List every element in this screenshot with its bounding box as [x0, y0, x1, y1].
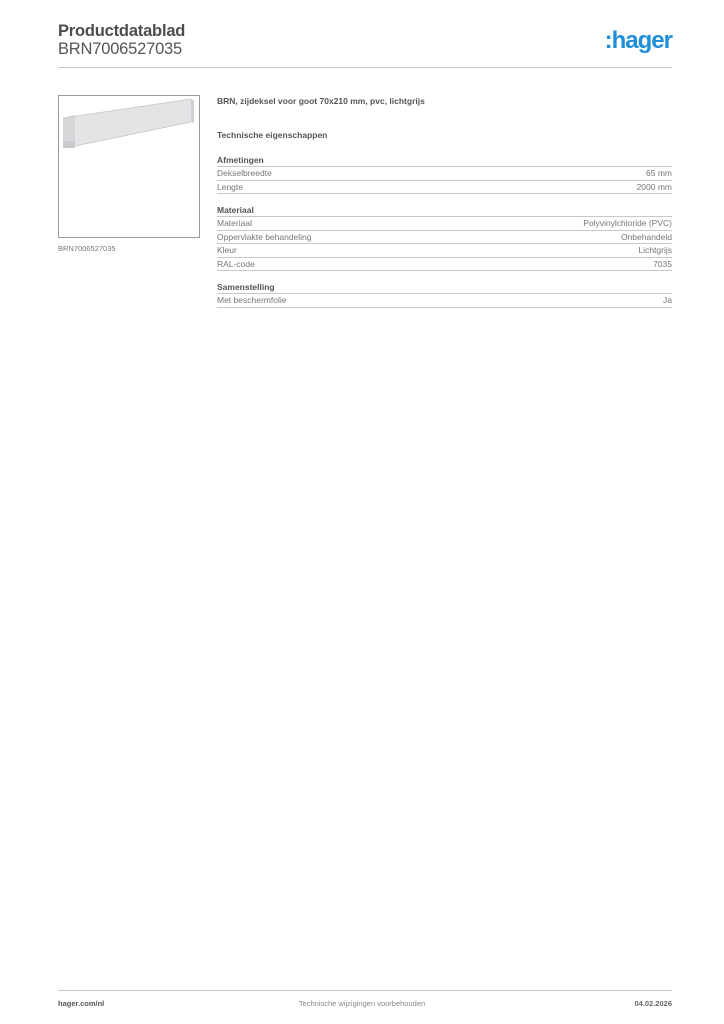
property-label: Lengte: [217, 181, 243, 194]
property-value: 65 mm: [646, 167, 672, 180]
property-row: Materiaal Polyvinylchloride (PVC): [217, 217, 672, 231]
property-row: Met beschermfolie Ja: [217, 294, 672, 308]
footer-disclaimer: Technische wijzigingen voorbehouden: [0, 999, 724, 1008]
property-row: Kleur Lichtgrijs: [217, 244, 672, 258]
property-label: Oppervlakte behandeling: [217, 231, 312, 244]
property-group-material: Materiaal Materiaal Polyvinylchloride (P…: [217, 205, 672, 271]
property-row: Dekselbreedte 65 mm: [217, 167, 672, 181]
header-divider: [58, 67, 672, 68]
property-label: Met beschermfolie: [217, 294, 286, 307]
hager-logo: :hager: [605, 28, 672, 54]
property-group-composition: Samenstelling Met beschermfolie Ja: [217, 282, 672, 308]
product-details: BRN, zijdeksel voor goot 70x210 mm, pvc,…: [217, 96, 672, 308]
property-row: RAL-code 7035: [217, 258, 672, 272]
tech-properties-heading: Technische eigenschappen: [217, 130, 672, 144]
image-caption: BRN7006527035: [58, 244, 116, 253]
group-title: Afmetingen: [217, 155, 672, 167]
group-title: Materiaal: [217, 205, 672, 217]
page-title: Productdatablad: [58, 22, 185, 41]
property-row: Oppervlakte behandeling Onbehandeld: [217, 231, 672, 245]
property-value: Onbehandeld: [621, 231, 672, 244]
property-value: 7035: [653, 258, 672, 271]
footer-date: 04.02.2026: [634, 999, 672, 1008]
group-title: Samenstelling: [217, 282, 672, 294]
cable-trunking-cover-icon: [59, 96, 199, 237]
product-code: BRN7006527035: [58, 40, 182, 59]
product-image: [58, 95, 200, 238]
property-value: Polyvinylchloride (PVC): [583, 217, 672, 230]
property-group-dimensions: Afmetingen Dekselbreedte 65 mm Lengte 20…: [217, 155, 672, 194]
property-label: RAL-code: [217, 258, 255, 271]
property-value: 2000 mm: [637, 181, 672, 194]
property-label: Materiaal: [217, 217, 252, 230]
property-row: Lengte 2000 mm: [217, 181, 672, 195]
property-label: Kleur: [217, 244, 237, 257]
footer-divider: [58, 990, 672, 991]
property-value: Lichtgrijs: [638, 244, 672, 257]
property-value: Ja: [663, 294, 672, 307]
property-label: Dekselbreedte: [217, 167, 272, 180]
product-description: BRN, zijdeksel voor goot 70x210 mm, pvc,…: [217, 96, 672, 110]
